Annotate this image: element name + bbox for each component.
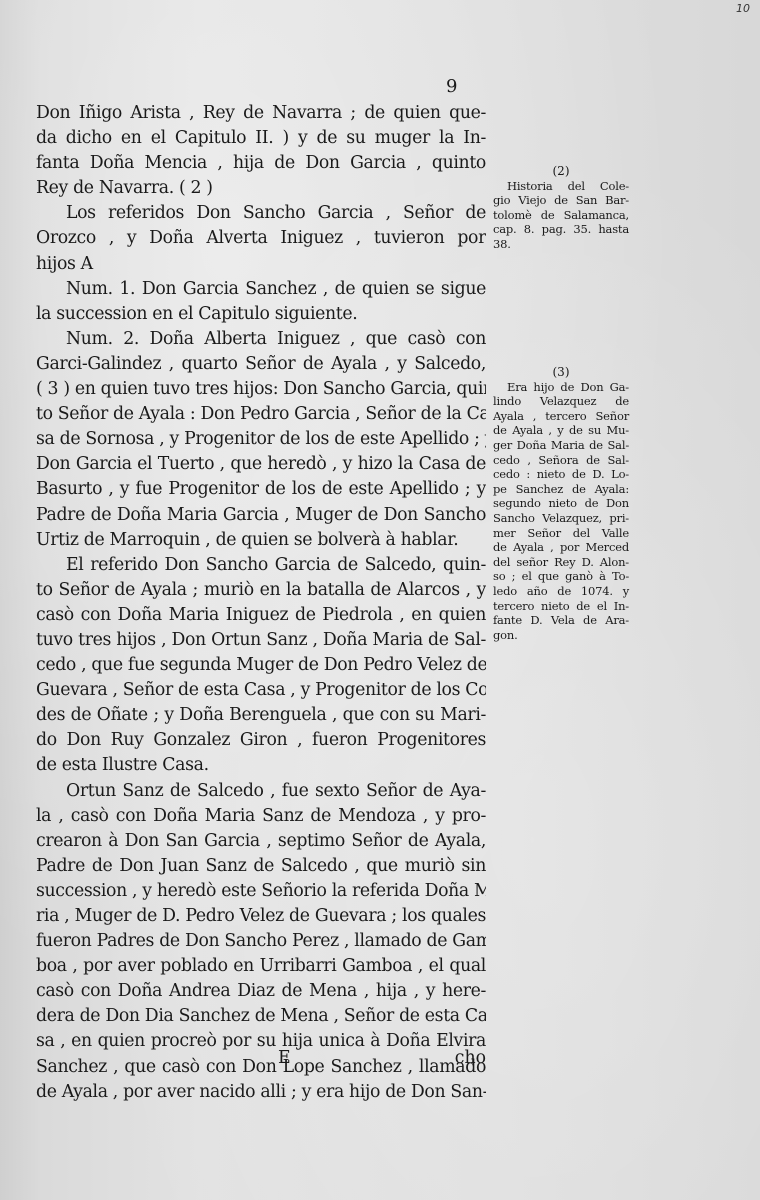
- text-line: El referido Don Sancho Garcia de Salcedo…: [36, 553, 486, 578]
- text-line: Guevara , Señor de esta Casa , y Progeni…: [36, 678, 486, 703]
- text-line: Padre de Doña Maria Garcia , Muger de Do…: [36, 503, 486, 528]
- text-line: Orozco , y Doña Alverta Iniguez , tuvier…: [36, 226, 486, 251]
- text-line: cedo , que fue segunda Muger de Don Pedr…: [36, 653, 486, 678]
- text-line: Don Garcia el Tuerto , que heredò , y hi…: [36, 452, 486, 477]
- catchword: cho: [455, 1048, 486, 1068]
- text-line: la succession en el Capitulo siguiente.: [36, 302, 486, 327]
- note-line: Ayala , tercero Señor: [493, 409, 629, 424]
- text-line: succession , y heredò este Señorio la re…: [36, 879, 486, 904]
- text-line: sa de Sornosa , y Progenitor de los de e…: [36, 427, 486, 452]
- text-line: Urtiz de Marroquin , de quien se bolverà…: [36, 528, 486, 553]
- page-number: 9: [446, 76, 457, 97]
- text-line: des de Oñate ; y Doña Berenguela , que c…: [36, 703, 486, 728]
- note-line: gon.: [493, 628, 629, 643]
- text-line: ria , Muger de D. Pedro Velez de Guevara…: [36, 904, 486, 929]
- note-line: de Ayala , y de su Mu-: [493, 423, 629, 438]
- margin-note-3: (3) Era hijo de Don Ga- lindo Velazquez …: [493, 365, 629, 642]
- note-line: Historia del Cole-: [493, 179, 629, 194]
- note-line: so ; el que ganò à To-: [493, 569, 629, 584]
- note-reference: (2): [493, 164, 629, 179]
- text-line: Basurto , y fue Progenitor de los de est…: [36, 477, 486, 502]
- text-line: fanta Doña Mencia , hija de Don Garcia ,…: [36, 151, 486, 176]
- text-line: hijos A: [36, 252, 486, 277]
- note-line: gio Viejo de San Bar-: [493, 193, 629, 208]
- text-line: to Señor de Ayala ; muriò en la batalla …: [36, 578, 486, 603]
- note-line: Era hijo de Don Ga-: [493, 380, 629, 395]
- text-line: Padre de Don Juan Sanz de Salcedo , que …: [36, 854, 486, 879]
- text-line: ( 3 ) en quien tuvo tres hijos: Don Sanc…: [36, 377, 486, 402]
- text-line: crearon à Don San Garcia , septimo Señor…: [36, 829, 486, 854]
- text-line: dera de Don Dia Sanchez de Mena , Señor …: [36, 1004, 486, 1029]
- page-footer: E cho: [36, 1048, 486, 1073]
- note-line: Sancho Velazquez, pri-: [493, 511, 629, 526]
- note-line: cap. 8. pag. 35. hasta: [493, 222, 629, 237]
- text-line: Rey de Navarra. ( 2 ): [36, 176, 486, 201]
- text-line: do Don Ruy Gonzalez Giron , fueron Proge…: [36, 728, 486, 753]
- note-line: tolomè de Salamanca,: [493, 208, 629, 223]
- note-line: segundo nieto de Don: [493, 496, 629, 511]
- text-line: de esta Ilustre Casa.: [36, 753, 486, 778]
- note-line: cedo : nieto de D. Lo-: [493, 467, 629, 482]
- note-line: fante D. Vela de Ara-: [493, 613, 629, 628]
- text-line: la , casò con Doña Maria Sanz de Mendoza…: [36, 804, 486, 829]
- text-line: Don Iñigo Arista , Rey de Navarra ; de q…: [36, 101, 486, 126]
- note-line: ger Doña Maria de Sal-: [493, 438, 629, 453]
- note-reference: (3): [493, 365, 629, 380]
- text-line: Los referidos Don Sancho Garcia , Señor …: [36, 201, 486, 226]
- text-line: Num. 1. Don Garcia Sanchez , de quien se…: [36, 277, 486, 302]
- archive-folio-number: 10: [736, 2, 750, 15]
- text-line: da dicho en el Capitulo II. ) y de su mu…: [36, 126, 486, 151]
- note-line: tercero nieto de el In-: [493, 599, 629, 614]
- text-line: casò con Doña Andrea Diaz de Mena , hija…: [36, 979, 486, 1004]
- margin-note-2: (2) Historia del Cole- gio Viejo de San …: [493, 164, 629, 252]
- text-line: boa , por aver poblado en Urribarri Gamb…: [36, 954, 486, 979]
- text-line: to Señor de Ayala : Don Pedro Garcia , S…: [36, 402, 486, 427]
- note-line: ledo año de 1074. y: [493, 584, 629, 599]
- text-line: de Ayala , por aver nacido alli ; y era …: [36, 1080, 486, 1105]
- text-line: tuvo tres hijos , Don Ortun Sanz , Doña …: [36, 628, 486, 653]
- main-text-column: Don Iñigo Arista , Rey de Navarra ; de q…: [36, 101, 486, 1105]
- note-line: cedo , Señora de Sal-: [493, 453, 629, 468]
- text-line: fueron Padres de Don Sancho Perez , llam…: [36, 929, 486, 954]
- signature-mark: E: [278, 1048, 291, 1068]
- note-line: lindo Velazquez de: [493, 394, 629, 409]
- note-line: de Ayala , por Merced: [493, 540, 629, 555]
- note-line: 38.: [493, 237, 629, 252]
- note-line: del señor Rey D. Alon-: [493, 555, 629, 570]
- text-line: casò con Doña Maria Iniguez de Piedrola …: [36, 603, 486, 628]
- note-line: mer Señor del Valle: [493, 526, 629, 541]
- text-line: Num. 2. Doña Alberta Iniguez , que casò …: [36, 327, 486, 352]
- note-line: pe Sanchez de Ayala:: [493, 482, 629, 497]
- text-line: Ortun Sanz de Salcedo , fue sexto Señor …: [36, 779, 486, 804]
- text-line: Garci-Galindez , quarto Señor de Ayala ,…: [36, 352, 486, 377]
